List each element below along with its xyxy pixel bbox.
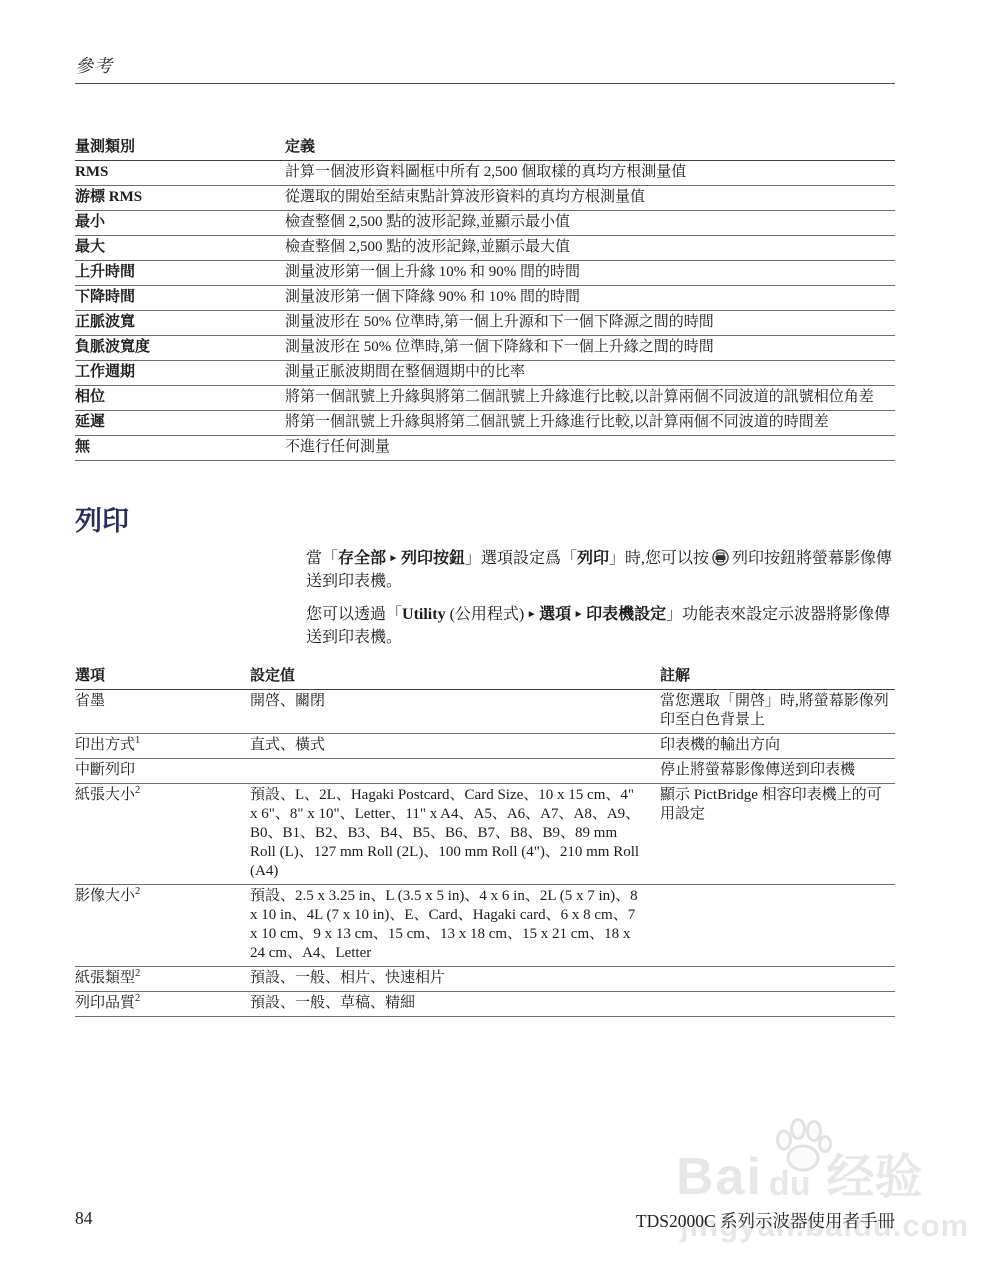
text-run: 選項: [539, 606, 571, 623]
table-row: 負脈波寬度測量波形在 50% 位準時,第一個下降緣和下一個上升緣之間的時間: [75, 336, 895, 361]
menu-arrow-icon: ►: [524, 609, 539, 620]
printer-button-icon: [709, 550, 732, 567]
settings-cell: 預設、L、2L、Hagaki Postcard、Card Size、10 x 1…: [250, 786, 660, 881]
measurement-type-cell: 工作週期: [75, 363, 285, 382]
manual-title: TDS2000C 系列示波器使用者手冊: [636, 1208, 895, 1233]
definition-cell: 不進行任何測量: [285, 438, 895, 457]
measurement-table: 量測類別 定義 RMS計算一個波形資料圖框中所有 2,500 個取樣的真均方根測…: [75, 136, 895, 461]
paragraph-utility-menu: 您可以透過「Utility (公用程式) ► 選項 ► 印表機設定」功能表來設定…: [306, 603, 895, 649]
option-cell: 紙張類型2: [75, 969, 250, 988]
definition-cell: 將第一個訊號上升緣與將第二個訊號上升緣進行比較,以計算兩個不同波道的訊號相位角差: [285, 388, 895, 407]
table-row: 省墨開啓、關閉當您選取「開啓」時,將螢幕影像列印至白色背景上: [75, 690, 895, 734]
measurement-type-cell: 下降時間: [75, 288, 285, 307]
table-row: 下降時間測量波形第一個下降緣 90% 和 10% 間的時間: [75, 286, 895, 311]
option-cell: 省墨: [75, 692, 250, 711]
settings-cell: 開啓、關閉: [250, 692, 660, 711]
measurement-type-cell: RMS: [75, 163, 285, 182]
table-row: RMS計算一個波形資料圖框中所有 2,500 個取樣的真均方根測量值: [75, 161, 895, 186]
watermark-brand-latin: Bai: [676, 1154, 763, 1201]
definition-cell: 計算一個波形資料圖框中所有 2,500 個取樣的真均方根測量值: [285, 163, 895, 182]
footnote-marker: 2: [135, 886, 140, 897]
definition-cell: 測量正脈波期間在整個週期中的比率: [285, 363, 895, 382]
measurement-type-cell: 最小: [75, 213, 285, 232]
print-options-table-body: 省墨開啓、關閉當您選取「開啓」時,將螢幕影像列印至白色背景上印出方式1直式、橫式…: [75, 690, 895, 1017]
settings-cell: 預設、一般、相片、快速相片: [250, 969, 660, 988]
watermark-brand-cn: 经验: [826, 1155, 922, 1201]
text-run: 當「: [306, 550, 338, 567]
running-header: 參考: [75, 52, 895, 84]
text-run: 存全部: [338, 550, 386, 567]
table-row: 最大檢查整個 2,500 點的波形記錄,並顯示最大值: [75, 236, 895, 261]
comments-cell: 顯示 PictBridge 相容印表機上的可用設定: [660, 786, 895, 824]
comments-cell: 停止將螢幕影像傳送到印表機: [660, 761, 895, 780]
measurement-type-cell: 上升時間: [75, 263, 285, 282]
baidu-jingyan-watermark: Bai du 经验 jingyan.baidu.com: [676, 1124, 956, 1254]
column-header-definition: 定義: [285, 138, 895, 157]
page-content: 參考 量測類別 定義 RMS計算一個波形資料圖框中所有 2,500 個取樣的真均…: [0, 0, 989, 1017]
measurement-type-cell: 正脈波寬: [75, 313, 285, 332]
measurement-type-cell: 延遲: [75, 413, 285, 432]
option-cell: 中斷列印: [75, 761, 250, 780]
measurement-type-cell: 最大: [75, 238, 285, 257]
text-run: 印表機設定: [586, 606, 666, 623]
definition-cell: 測量波形第一個下降緣 90% 和 10% 間的時間: [285, 288, 895, 307]
table-row: 紙張類型2預設、一般、相片、快速相片: [75, 967, 895, 992]
print-options-table-header: 選項 設定值 註解: [75, 665, 895, 690]
print-section-paragraphs: 當「存全部 ► 列印按鈕」選項設定爲「列印」時,您可以按列印按鈕將螢幕影像傳送到…: [306, 547, 895, 649]
table-row: 影像大小2預設、2.5 x 3.25 in、L (3.5 x 5 in)、4 x…: [75, 885, 895, 967]
measurement-table-body: RMS計算一個波形資料圖框中所有 2,500 個取樣的真均方根測量值游標 RMS…: [75, 161, 895, 461]
menu-arrow-icon: ►: [386, 553, 401, 564]
footnote-marker: 2: [135, 993, 140, 1004]
measurement-type-cell: 游標 RMS: [75, 188, 285, 207]
table-row: 相位將第一個訊號上升緣與將第二個訊號上升緣進行比較,以計算兩個不同波道的訊號相位…: [75, 386, 895, 411]
text-run: 您可以透過「: [306, 606, 402, 623]
definition-cell: 測量波形第一個上升緣 10% 和 90% 間的時間: [285, 263, 895, 282]
column-header-option: 選項: [75, 667, 250, 686]
footnote-marker: 1: [135, 735, 140, 746]
measurement-type-cell: 相位: [75, 388, 285, 407]
table-row: 印出方式1直式、橫式印表機的輸出方向: [75, 734, 895, 759]
menu-arrow-icon: ►: [571, 609, 586, 620]
measurement-table-header: 量測類別 定義: [75, 136, 895, 161]
text-run: 」時,您可以按: [609, 550, 709, 567]
running-header-text: 參考: [75, 56, 113, 76]
text-run: Utility: [402, 606, 446, 623]
measurement-type-cell: 無: [75, 438, 285, 457]
option-cell: 紙張大小2: [75, 786, 250, 805]
table-row: 上升時間測量波形第一個上升緣 10% 和 90% 間的時間: [75, 261, 895, 286]
table-row: 列印品質2預設、一般、草稿、精細: [75, 992, 895, 1017]
table-row: 工作週期測量正脈波期間在整個週期中的比率: [75, 361, 895, 386]
footnote-marker: 2: [135, 968, 140, 979]
definition-cell: 將第一個訊號上升緣與將第二個訊號上升緣進行比較,以計算兩個不同波道的時間差: [285, 413, 895, 432]
print-options-table: 選項 設定值 註解 省墨開啓、關閉當您選取「開啓」時,將螢幕影像列印至白色背景上…: [75, 665, 895, 1017]
text-run: 列印: [577, 550, 609, 567]
paw-icon: [770, 1118, 834, 1177]
table-row: 無不進行任何測量: [75, 436, 895, 461]
paragraph-text: 您可以透過「Utility (公用程式) ► 選項 ► 印表機設定」功能表來設定…: [306, 606, 890, 646]
definition-cell: 檢查整個 2,500 點的波形記錄,並顯示最大值: [285, 238, 895, 257]
table-row: 延遲將第一個訊號上升緣與將第二個訊號上升緣進行比較,以計算兩個不同波道的時間差: [75, 411, 895, 436]
table-row: 中斷列印停止將螢幕影像傳送到印表機: [75, 759, 895, 784]
table-row: 紙張大小2預設、L、2L、Hagaki Postcard、Card Size、1…: [75, 784, 895, 885]
settings-cell: 預設、一般、草稿、精細: [250, 994, 660, 1013]
text-run: 」選項設定爲「: [465, 550, 577, 567]
comments-cell: 當您選取「開啓」時,將螢幕影像列印至白色背景上: [660, 692, 895, 730]
watermark-brand: Bai du 经验: [676, 1154, 922, 1201]
comments-cell: 印表機的輸出方向: [660, 736, 895, 755]
column-header-settings: 設定值: [250, 667, 660, 686]
footnote-marker: 2: [135, 785, 140, 796]
table-row: 正脈波寬測量波形在 50% 位準時,第一個上升源和下一個下降源之間的時間: [75, 311, 895, 336]
option-cell: 影像大小2: [75, 887, 250, 906]
measurement-type-cell: 負脈波寬度: [75, 338, 285, 357]
text-run: 列印按鈕: [401, 550, 465, 567]
paragraph-text: 當「存全部 ► 列印按鈕」選項設定爲「列印」時,您可以按: [306, 550, 709, 567]
definition-cell: 測量波形在 50% 位準時,第一個上升源和下一個下降源之間的時間: [285, 313, 895, 332]
column-header-comments: 註解: [660, 667, 895, 686]
settings-cell: 預設、2.5 x 3.25 in、L (3.5 x 5 in)、4 x 6 in…: [250, 887, 660, 963]
manual-page: 參考 量測類別 定義 RMS計算一個波形資料圖框中所有 2,500 個取樣的真均…: [0, 0, 989, 1280]
page-footer: 84 TDS2000C 系列示波器使用者手冊: [75, 1208, 895, 1233]
definition-cell: 檢查整個 2,500 點的波形記錄,並顯示最小值: [285, 213, 895, 232]
table-row: 最小檢查整個 2,500 點的波形記錄,並顯示最小值: [75, 211, 895, 236]
definition-cell: 測量波形在 50% 位準時,第一個下降緣和下一個上升緣之間的時間: [285, 338, 895, 357]
page-number: 84: [75, 1208, 93, 1233]
text-run: (公用程式): [446, 606, 525, 623]
watermark-brand-latin2: du: [769, 1167, 811, 1201]
option-cell: 印出方式1: [75, 736, 250, 755]
option-cell: 列印品質2: [75, 994, 250, 1013]
settings-cell: 直式、橫式: [250, 736, 660, 755]
paragraph-print-button: 當「存全部 ► 列印按鈕」選項設定爲「列印」時,您可以按列印按鈕將螢幕影像傳送到…: [306, 547, 895, 593]
table-row: 游標 RMS從選取的開始至結束點計算波形資料的真均方根測量值: [75, 186, 895, 211]
column-header-measurement-type: 量測類別: [75, 138, 285, 157]
definition-cell: 從選取的開始至結束點計算波形資料的真均方根測量值: [285, 188, 895, 207]
section-title-print: 列印: [75, 505, 895, 537]
